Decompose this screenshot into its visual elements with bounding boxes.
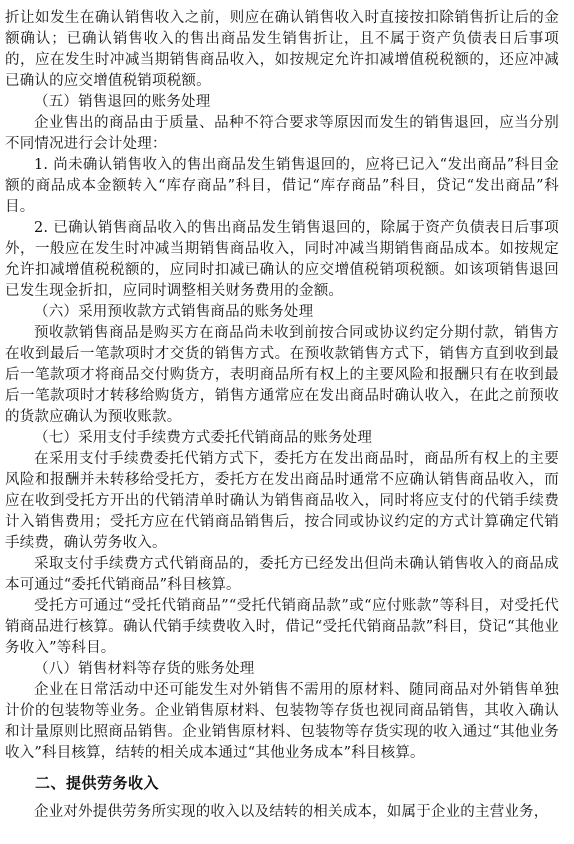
paragraph: 企业售出的商品由于质量、品种不符合要求等原因而发生的销售退回，应当分别不同情况进…	[5, 113, 559, 155]
paragraph: 受托方可通过“受托代销商品”“受托代销商品款”或“应付账款”等科目，对受托代销商…	[5, 596, 559, 659]
paragraph: 在采用支付手续费委托代销方式下，委托方在发出商品时，商品所有权上的主要风险和报酬…	[5, 449, 559, 554]
section-heading-labor-service-revenue: 二、提供劳务收入	[5, 773, 559, 794]
paragraph: 预收款销售商品是购买方在商品尚未收到前按合同或协议约定分期付款，销售方在收到最后…	[5, 323, 559, 428]
paragraph: 企业在日常活动中还可能发生对外销售不需用的原材料、随同商品对外销售单独计价的包装…	[5, 680, 559, 764]
subheading-8-materials-sales: （八）销售材料等存货的账务处理	[5, 659, 559, 680]
subheading-7-consignment-fee: （七）采用支付手续费方式委托代销商品的账务处理	[5, 428, 559, 449]
subheading-6-advance-payment: （六）采用预收款方式销售商品的账务处理	[5, 302, 559, 323]
document-page: 折让如发生在确认销售收入之前，则应在确认销售收入时直接按扣除销售折让后的金额确认…	[0, 0, 574, 844]
numbered-item-1: 1. 尚未确认销售收入的售出商品发生销售退回的，应将已记入“发出商品”科目金额的…	[5, 155, 559, 218]
paragraph: 企业对外提供劳务所实现的收入以及结转的相关成本，如属于企业的主营业务，	[5, 802, 559, 823]
numbered-item-2: 2. 已确认销售商品收入的售出商品发生销售退回的，除属于资产负债表日后事项外，一…	[5, 218, 559, 302]
paragraph: 采取支付手续费方式代销商品的，委托方已经发出但尚未确认销售收入的商品成本可通过“…	[5, 554, 559, 596]
paragraph-continuation: 折让如发生在确认销售收入之前，则应在确认销售收入时直接按扣除销售折让后的金额确认…	[5, 8, 559, 92]
subheading-5-sales-returns: （五）销售退回的账务处理	[5, 92, 559, 113]
